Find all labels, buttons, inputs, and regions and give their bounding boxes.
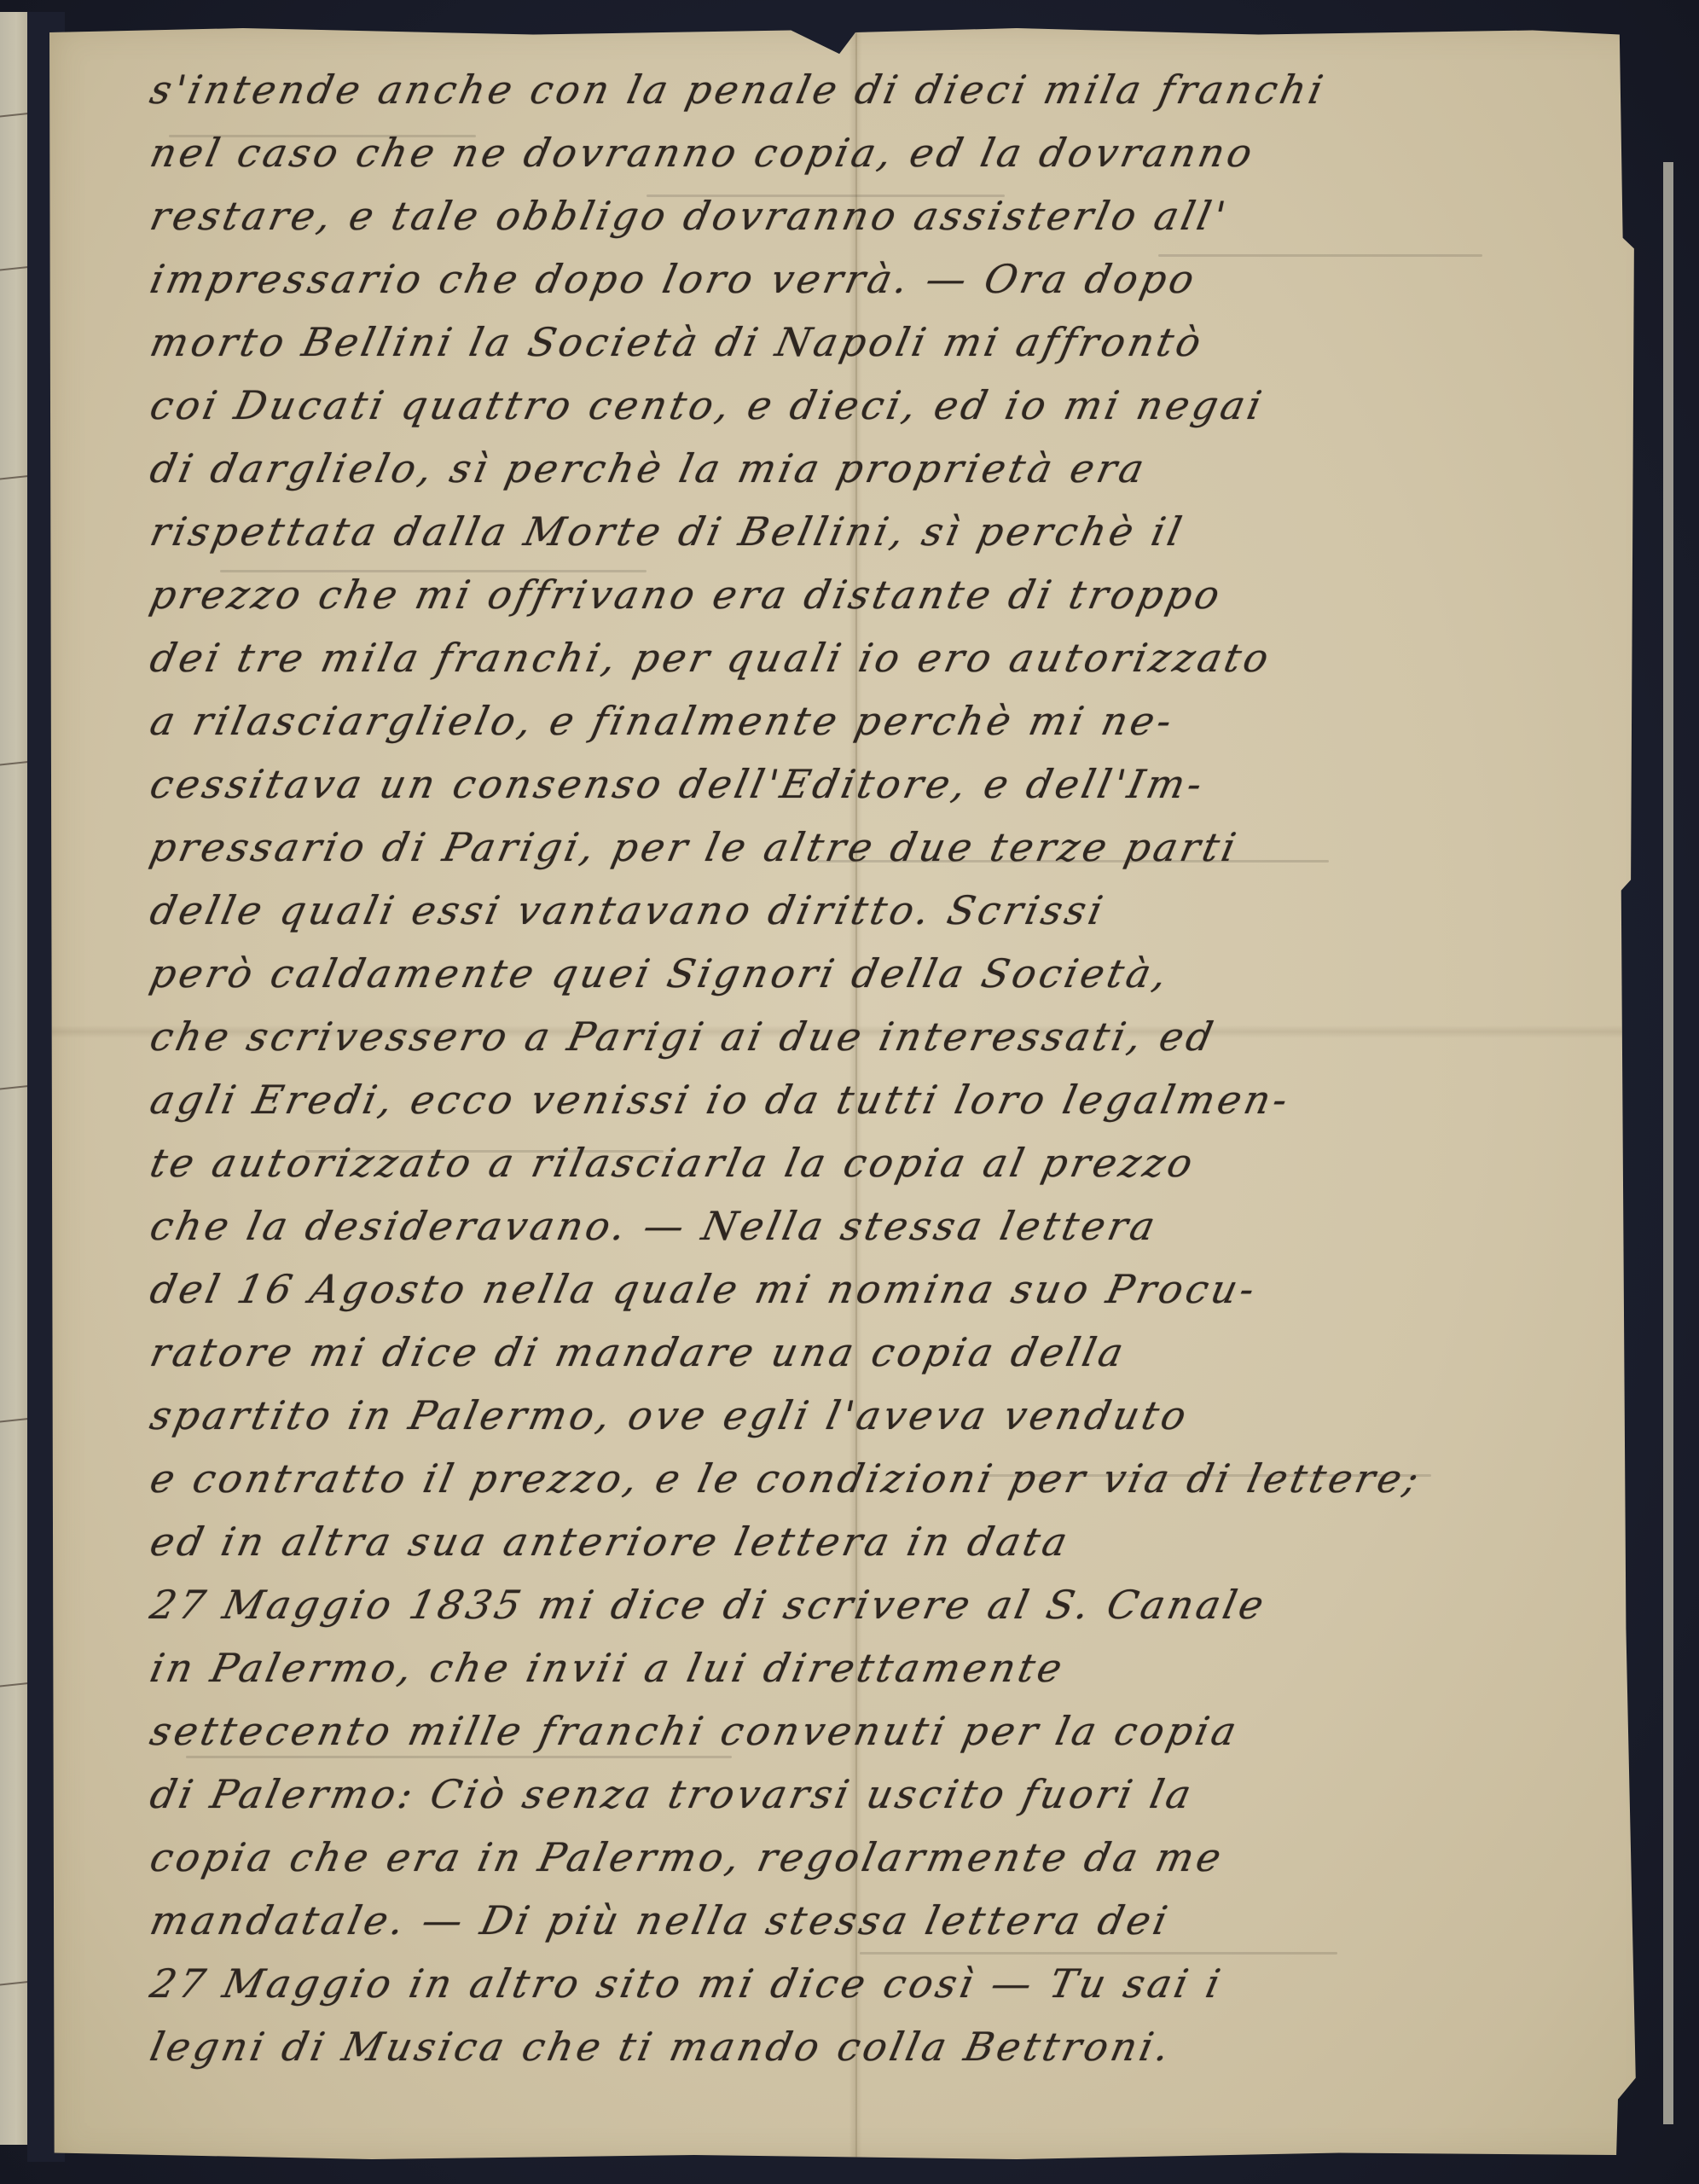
page-edge-strip (1663, 162, 1673, 2124)
letter-line: morto Bellini la Società di Napoli mi af… (143, 319, 1674, 379)
letter-line: nel caso che ne dovranno copia, ed la do… (143, 130, 1674, 189)
letter-line: ratore mi dice di mandare una copia dell… (143, 1329, 1674, 1389)
ink-fragment (0, 1418, 27, 1423)
ink-fragment (0, 475, 27, 480)
letter-line: coi Ducati quattro cento, e dieci, ed io… (143, 382, 1674, 442)
ink-fragment (0, 1981, 27, 1986)
letter-line: che la desideravano. — Nella stessa lett… (143, 1203, 1674, 1263)
ink-fragment (0, 761, 27, 766)
letter-line: te autorizzato a rilasciarla la copia al… (143, 1140, 1674, 1199)
letter-line: del 16 Agosto nella quale mi nomina suo … (143, 1266, 1674, 1326)
letter-line: 27 Maggio 1835 mi dice di scrivere al S.… (143, 1582, 1674, 1641)
letter-line: che scrivessero a Parigi ai due interess… (143, 1014, 1674, 1073)
letter-line: spartito in Palermo, ove egli l'aveva ve… (143, 1392, 1674, 1452)
ink-fragment (0, 1085, 27, 1090)
letter-line: di Palermo: Ciò senza trovarsi uscito fu… (143, 1771, 1674, 1831)
letter-line: a rilasciarglielo, e finalmente perchè m… (143, 698, 1674, 758)
letter-line: mandatale. — Di più nella stessa lettera… (143, 1897, 1674, 1957)
letter-line: copia che era in Palermo, regolarmente d… (143, 1834, 1674, 1894)
letter-line: prezzo che mi offrivano era distante di … (143, 572, 1674, 631)
letter-line: e contratto il prezzo, e le condizioni p… (143, 1455, 1674, 1515)
ink-fragment (0, 113, 27, 118)
letter-line: impressario che dopo loro verrà. — Ora d… (143, 256, 1674, 316)
letter-page: s'intende anche con la penale di dieci m… (49, 24, 1661, 2164)
letter-line: in Palermo, che invii a lui direttamente (143, 1645, 1674, 1705)
letter-body: s'intende anche con la penale di dieci m… (143, 58, 1661, 2165)
letter-line: legni di Musica che ti mando colla Bettr… (143, 2024, 1674, 2083)
letter-line: delle quali essi vantavano diritto. Scri… (143, 887, 1674, 947)
letter-line: restare, e tale obbligo dovranno assiste… (143, 193, 1674, 253)
letter-line: agli Eredi, ecco venissi io da tutti lor… (143, 1077, 1674, 1136)
letter-line: cessitava un consenso dell'Editore, e de… (143, 761, 1674, 821)
ink-fragment (0, 1682, 27, 1687)
letter-line: di darglielo, sì perchè la mia proprietà… (143, 445, 1674, 505)
letter-line: 27 Maggio in altro sito mi dice così — T… (143, 1960, 1674, 2020)
letter-line: settecento mille franchi convenuti per l… (143, 1708, 1674, 1768)
letter-line: dei tre mila franchi, per quali io ero a… (143, 635, 1674, 694)
letter-line: però caldamente quei Signori della Socie… (143, 950, 1674, 1010)
letter-line: pressario di Parigi, per le altre due te… (143, 824, 1674, 884)
letter-line: ed in altra sua anteriore lettera in dat… (143, 1519, 1674, 1578)
adjacent-page-strip (0, 12, 27, 2145)
letter-line: s'intende anche con la penale di dieci m… (143, 67, 1674, 126)
letter-line: rispettata dalla Morte di Bellini, sì pe… (143, 508, 1674, 568)
ink-fragment (0, 266, 27, 271)
